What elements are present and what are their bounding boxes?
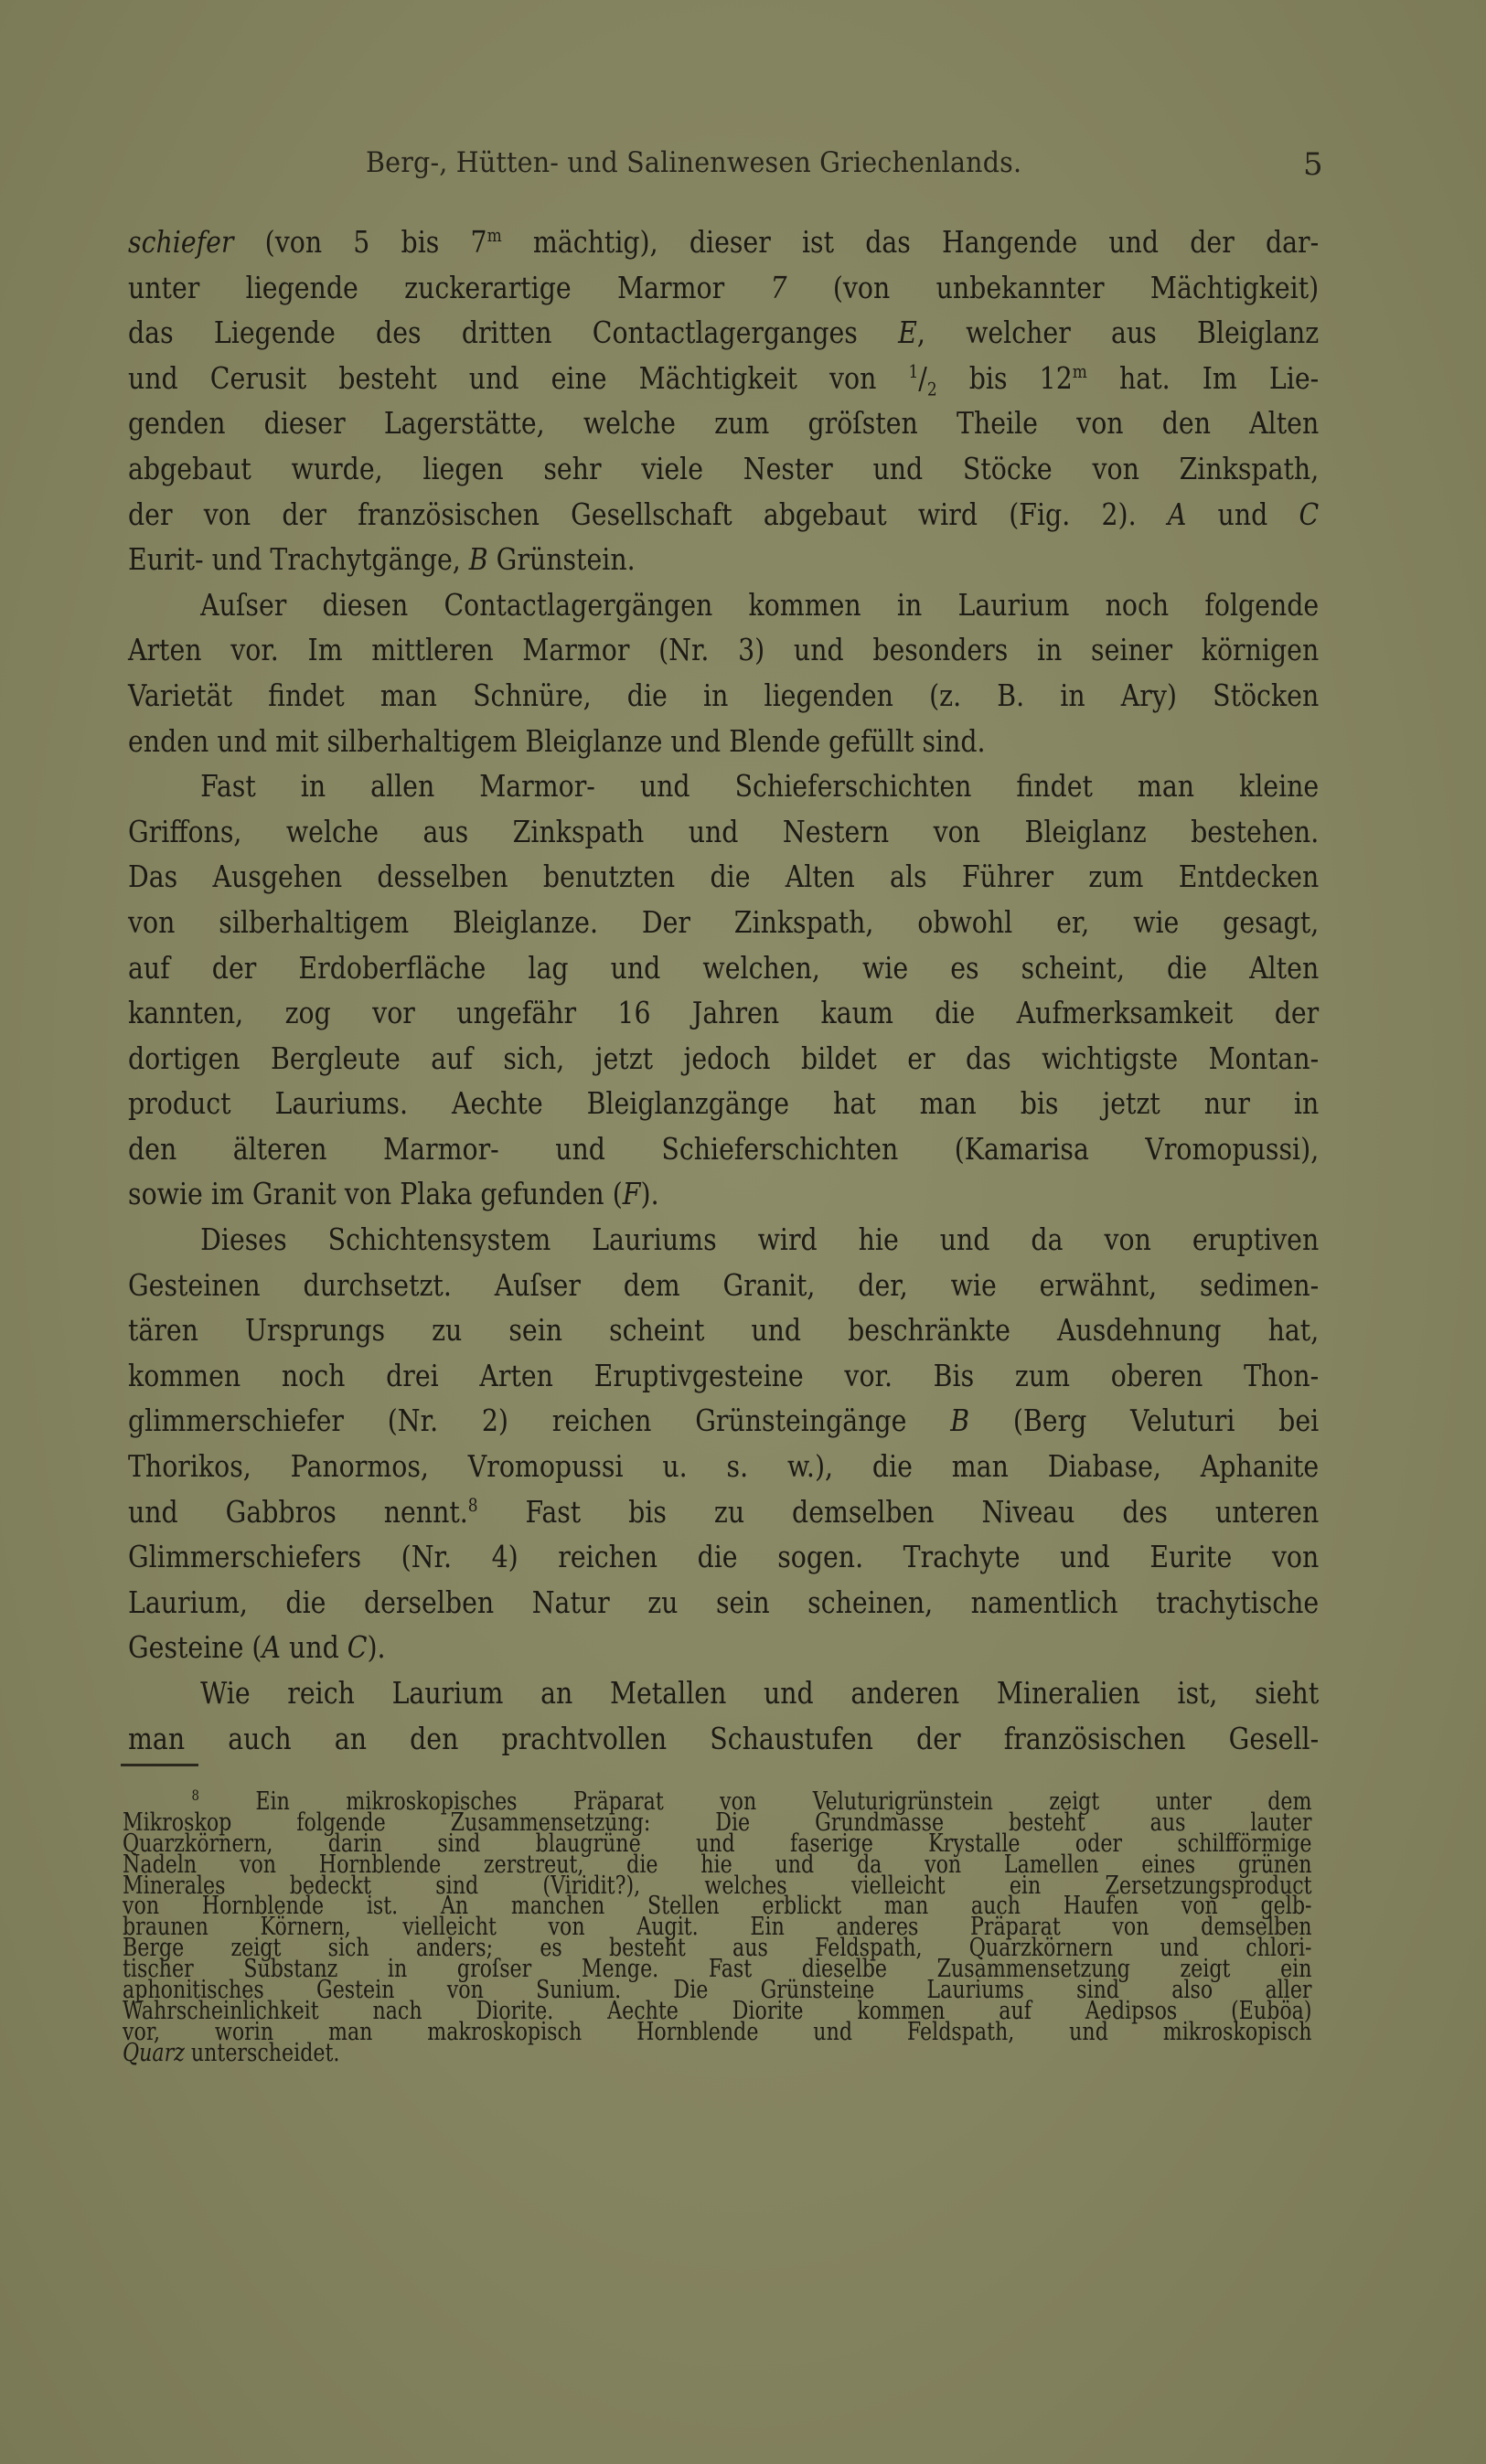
text-line: und Gabbros nennt.8 Fast bis zu demselbe…	[128, 1489, 1319, 1535]
footnote-divider	[121, 1764, 198, 1766]
text-line: Gesteinen durchsetzt. Auſser dem Granit,…	[128, 1263, 1319, 1308]
running-title: Berg-, Hütten- und Salinenwesen Griechen…	[366, 146, 1021, 179]
text-line: abgebaut wurde, liegen sehr viele Nester…	[128, 446, 1319, 492]
text-line: kommen noch drei Arten Eruptivgesteine v…	[128, 1353, 1319, 1399]
text-line: dortigen Bergleute auf sich, jetzt jedoc…	[128, 1036, 1319, 1082]
text-line: das Liegende des dritten Contactlagergan…	[128, 310, 1319, 356]
text-line: unter liegende zuckerartige Marmor 7 (vo…	[128, 265, 1319, 311]
text-line: enden und mit silberhaltigem Bleiglanze …	[128, 719, 1319, 764]
text-line: Wie reich Laurium an Metallen und andere…	[128, 1670, 1319, 1716]
text-line: und Cerusit besteht und eine Mächtigkeit…	[128, 356, 1319, 401]
text-line: der von der französischen Gesellschaft a…	[128, 492, 1319, 538]
text-line: Dieses Schichtensystem Lauriums wird hie…	[128, 1217, 1319, 1263]
text-line: tären Ursprungs zu sein scheint und besc…	[128, 1307, 1319, 1353]
scanned-book-page: Berg-, Hütten- und Salinenwesen Griechen…	[0, 0, 1486, 2464]
text-line: Fast in allen Marmor- und Schieferschich…	[128, 763, 1319, 809]
text-line: Thorikos, Panormos, Vromopussi u. s. w.)…	[128, 1444, 1319, 1489]
text-line: den älteren Marmor- und Schieferschichte…	[128, 1126, 1319, 1172]
text-line: schiefer (von 5 bis 7m mächtig), dieser …	[128, 219, 1319, 265]
text-line: von silberhaltigem Bleiglanze. Der Zinks…	[128, 900, 1319, 945]
text-line: glimmerschiefer (Nr. 2) reichen Grünstei…	[128, 1398, 1319, 1444]
footnote-line: Quarz unterscheidet.	[123, 2043, 1312, 2064]
text-line: Das Ausgehen desselben benutzten die Alt…	[128, 854, 1319, 900]
text-line: Glimmerschiefers (Nr. 4) reichen die sog…	[128, 1534, 1319, 1580]
text-line: product Lauriums. Aechte Bleiglanzgänge …	[128, 1081, 1319, 1126]
text-line: Eurit- und Trachytgänge, B Grünstein.	[128, 537, 1319, 582]
text-line: Laurium, die derselben Natur zu sein sch…	[128, 1580, 1319, 1626]
footnotes: 8 Ein mikroskopisches Präparat von Velut…	[123, 1792, 1311, 2064]
text-line: Auſser diesen Contactlagergängen kommen …	[128, 582, 1319, 628]
text-line: Arten vor. Im mittleren Marmor (Nr. 3) u…	[128, 627, 1319, 673]
text-line: genden dieser Lagerstätte, welche zum gr…	[128, 400, 1319, 446]
text-line: Griffons, welche aus Zinkspath und Neste…	[128, 809, 1319, 855]
page-number: 5	[1303, 146, 1323, 183]
text-line: kannten, zog vor ungefähr 16 Jahren kaum…	[128, 990, 1319, 1036]
text-line: Varietät findet man Schnüre, die in lieg…	[128, 673, 1319, 719]
text-line: man auch an den prachtvollen Schaustufen…	[128, 1716, 1319, 1762]
text-line: Gesteine (A und C).	[128, 1625, 1319, 1670]
text-line: auf der Erdoberfläche lag und welchen, w…	[128, 945, 1319, 991]
text-line: sowie im Granit von Plaka gefunden (F).	[128, 1171, 1319, 1217]
body-text: schiefer (von 5 bis 7m mächtig), dieser …	[128, 219, 1319, 1761]
